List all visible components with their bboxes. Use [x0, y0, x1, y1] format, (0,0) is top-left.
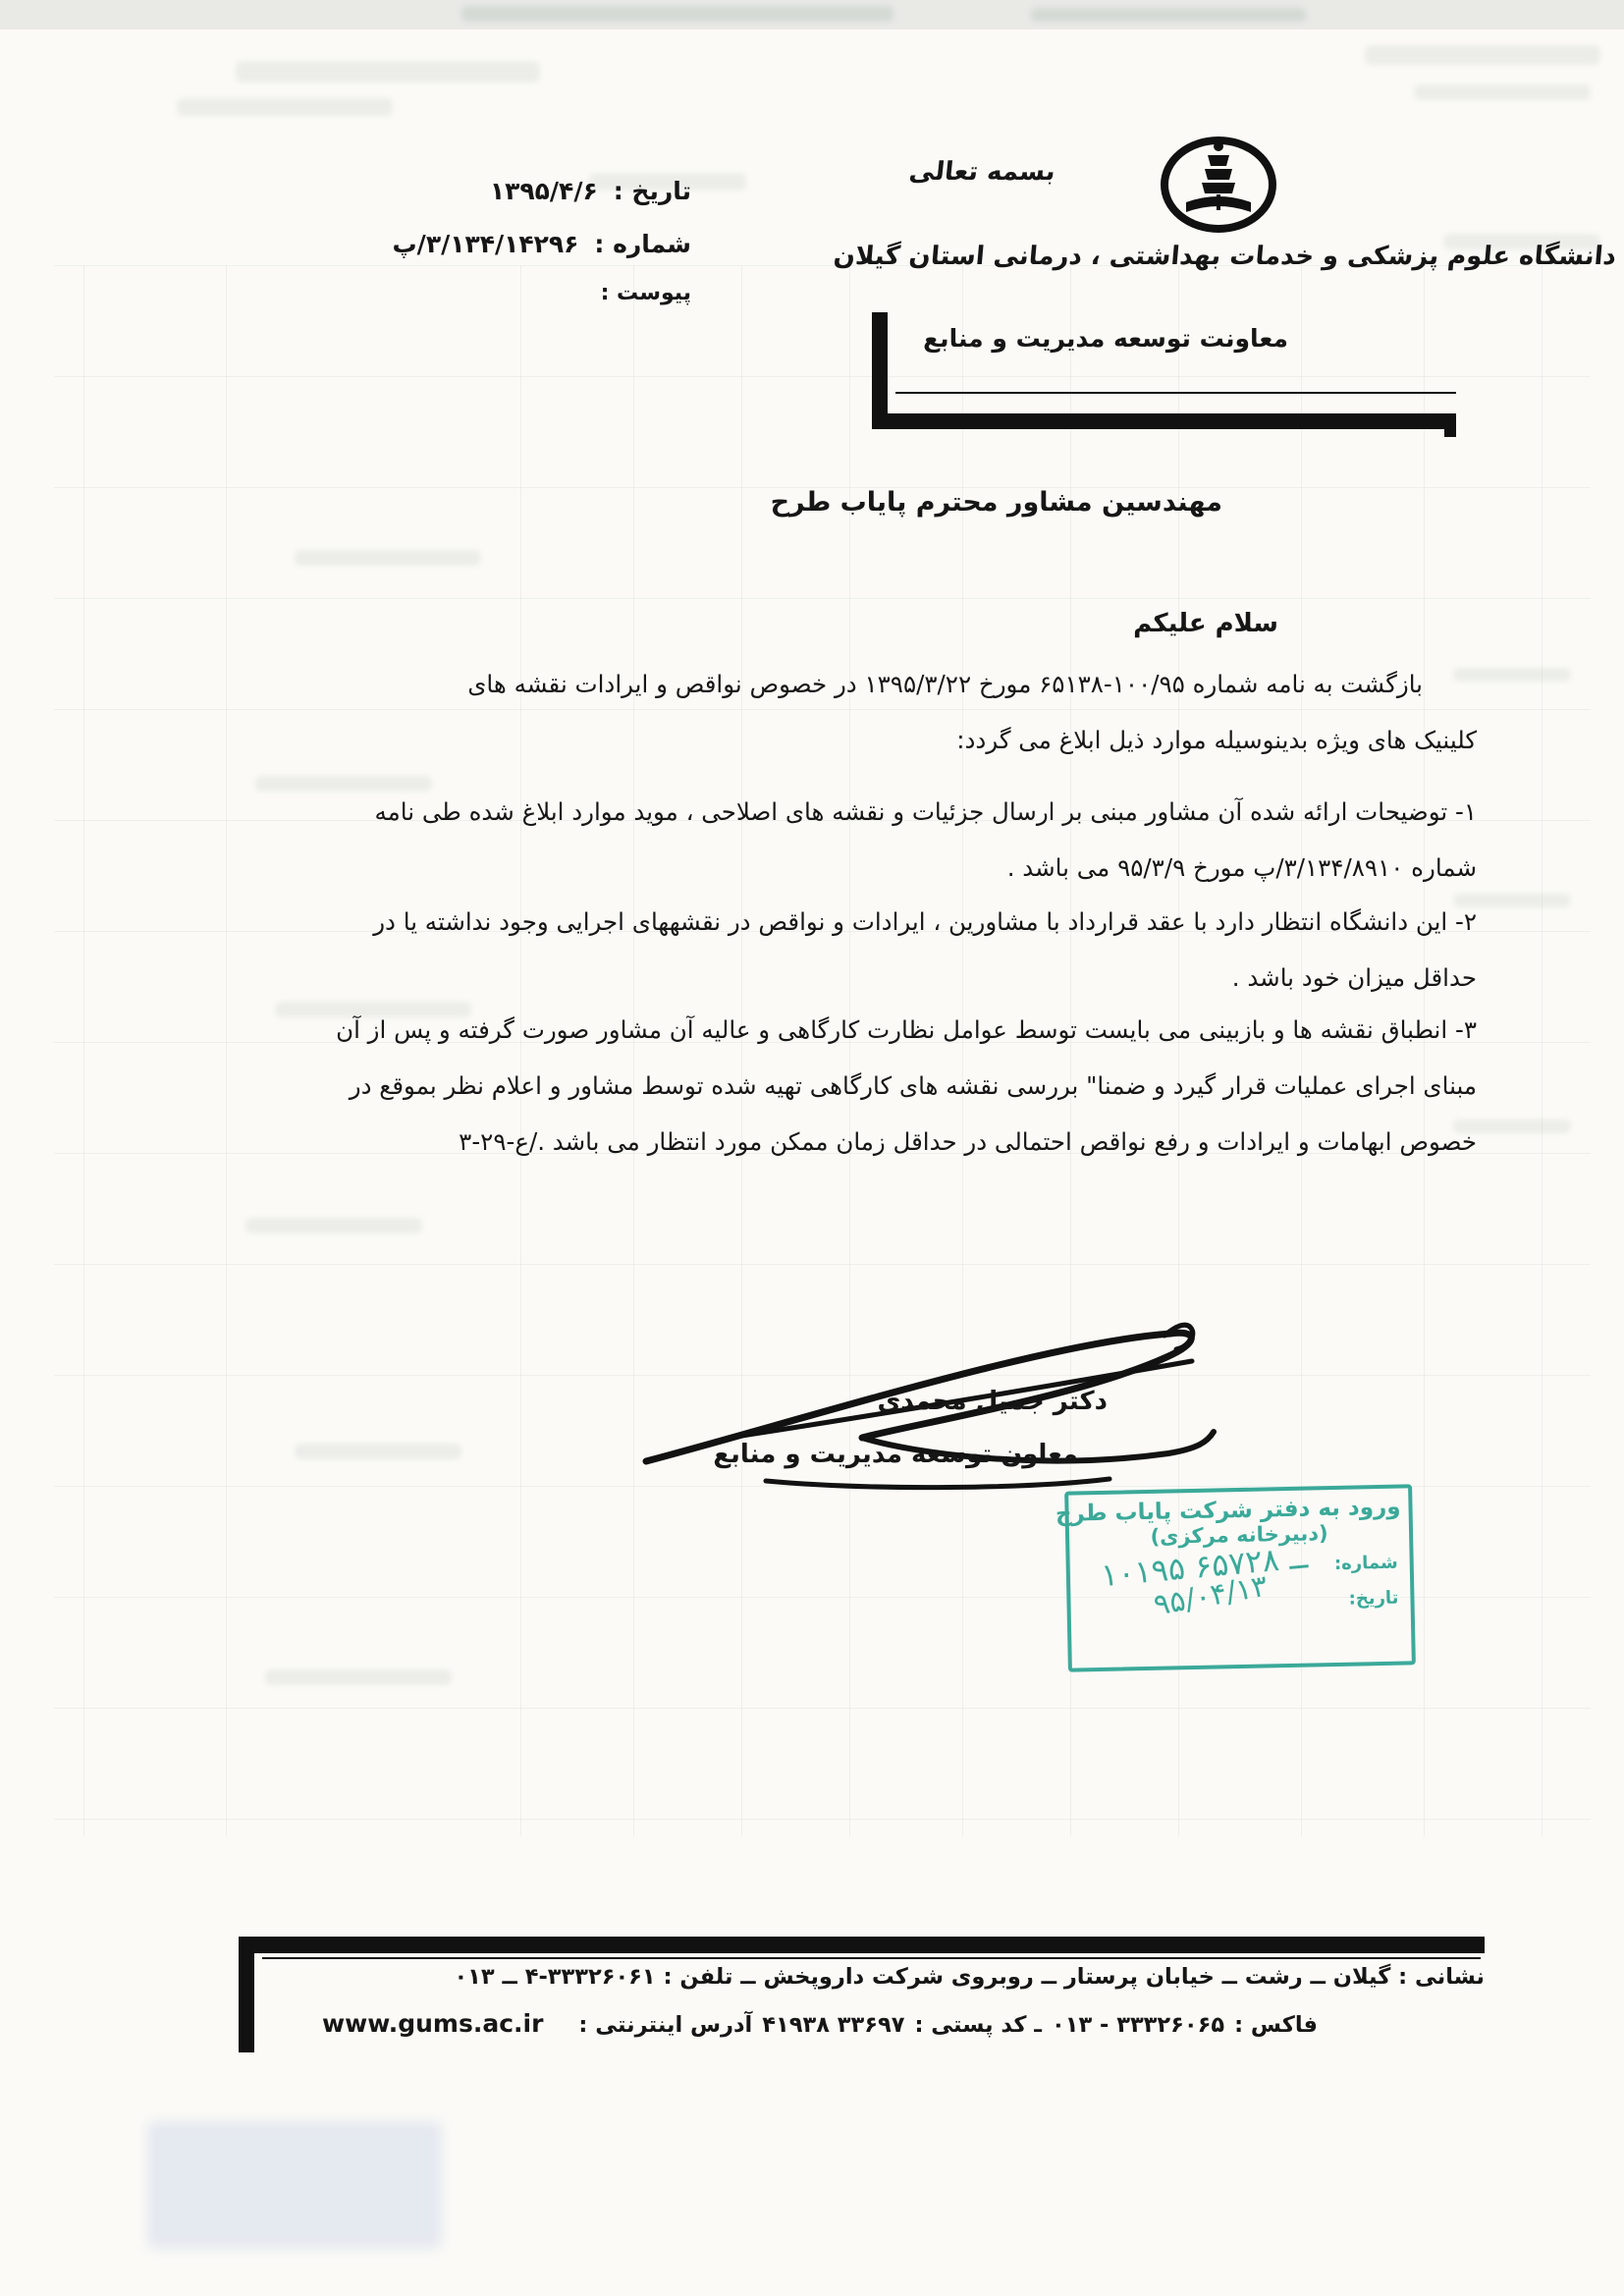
- letter-date-row: تاریخ : ۱۳۹۵/۴/۶: [490, 177, 691, 205]
- postal-code-label: ـ کد پستی :: [914, 2012, 1042, 2038]
- text-line: ۱- توضیحات ارائه شده آن مشاور مبنی بر ار…: [141, 784, 1477, 840]
- letter-number-row: شماره : ۳/۱۳۴/۱۴۲۹۶/پ: [393, 230, 691, 258]
- text-line: حداقل میزان خود باشد .: [141, 950, 1477, 1006]
- website-url: www.gums.ac.ir: [322, 2009, 543, 2038]
- text-line: ۲- این دانشگاه انتظار دارد با عقد قراردا…: [141, 894, 1477, 950]
- attachment-label: پیوست :: [601, 281, 691, 305]
- footer-address-line: نشانی : گیلان ــ رشت ــ خیابان پرستار ــ…: [454, 1964, 1485, 1990]
- text-line: خصوص ابهامات و ایرادات و رفع نواقص احتما…: [141, 1114, 1477, 1170]
- recipient-line: مهندسین مشاور محترم پایاب طرح: [771, 487, 1222, 518]
- footer-contact-line: فاکس : ۳۳۳۲۶۰۶۵ - ۰۱۳ ـ کد پستی : ۴۱۹۳۸ …: [322, 2009, 1318, 2038]
- text-line: شماره ۳/۱۳۴/۸۹۱۰/پ مورخ ۹۵/۳/۹ می باشد .: [141, 840, 1477, 896]
- paragraph-item-2: ۲- این دانشگاه انتظار دارد با عقد قراردا…: [141, 894, 1477, 1006]
- postal-code-value: ۴۱۹۳۸ ۳۳۶۹۷: [762, 2012, 904, 2038]
- organization-name-calligraphy: دانشگاه علوم پزشکی و خدمات بهداشتی ، درم…: [833, 242, 1618, 271]
- stamp-date-label: تاریخ:: [1348, 1588, 1398, 1610]
- fax-value: ۳۳۳۲۶۰۶۵ - ۰۱۳: [1052, 2012, 1224, 2038]
- text-line: بازگشت به نامه شماره ۱۰۰/۹۵-۶۵۱۳۸ مورخ ۱…: [141, 656, 1477, 712]
- paragraph-item-3: ۳- انطباق نقشه ها و بازبینی می بایست توس…: [141, 1002, 1477, 1170]
- scanned-letter-page: تاریخ : ۱۳۹۵/۴/۶ شماره : ۳/۱۳۴/۱۴۲۹۶/پ پ…: [0, 0, 1624, 2296]
- letter-attachment-row: پیوست :: [601, 281, 691, 305]
- bismillah-calligraphy: بسمه تعالی: [908, 157, 1057, 187]
- stamp-number-label: شماره:: [1334, 1552, 1398, 1573]
- text-line: کلینیک های ویژه بدینوسیله موارد ذیل ابلا…: [141, 712, 1477, 768]
- website-label: آدرس اینترنتی :: [578, 2012, 752, 2038]
- receiving-office-stamp: ورود به دفتر شرکت پایاب طرح (دبیرخانه مر…: [1064, 1484, 1416, 1671]
- letterhead-corner-rule: [872, 312, 1456, 429]
- fax-label: فاکس :: [1234, 2012, 1318, 2038]
- paragraph-item-1: ۱- توضیحات ارائه شده آن مشاور مبنی بر ار…: [141, 784, 1477, 896]
- number-value: ۳/۱۳۴/۱۴۲۹۶/پ: [393, 230, 579, 258]
- date-label: تاریخ :: [614, 177, 691, 205]
- university-emblem-icon: [1157, 134, 1280, 234]
- text-line: مبنای اجرای عملیات قرار گیرد و ضمنا" برر…: [141, 1058, 1477, 1114]
- number-label: شماره :: [594, 230, 691, 258]
- salutation: سلام علیکم: [1133, 609, 1278, 638]
- signer-name: دکتر جمیل محمدی: [878, 1387, 1108, 1416]
- text-line: ۳- انطباق نقشه ها و بازبینی می بایست توس…: [141, 1002, 1477, 1058]
- signer-title: معاون توسعه مدیریت و منابع: [713, 1440, 1078, 1469]
- date-value: ۱۳۹۵/۴/۶: [490, 177, 598, 205]
- paragraph-intro: بازگشت به نامه شماره ۱۰۰/۹۵-۶۵۱۳۸ مورخ ۱…: [141, 656, 1477, 768]
